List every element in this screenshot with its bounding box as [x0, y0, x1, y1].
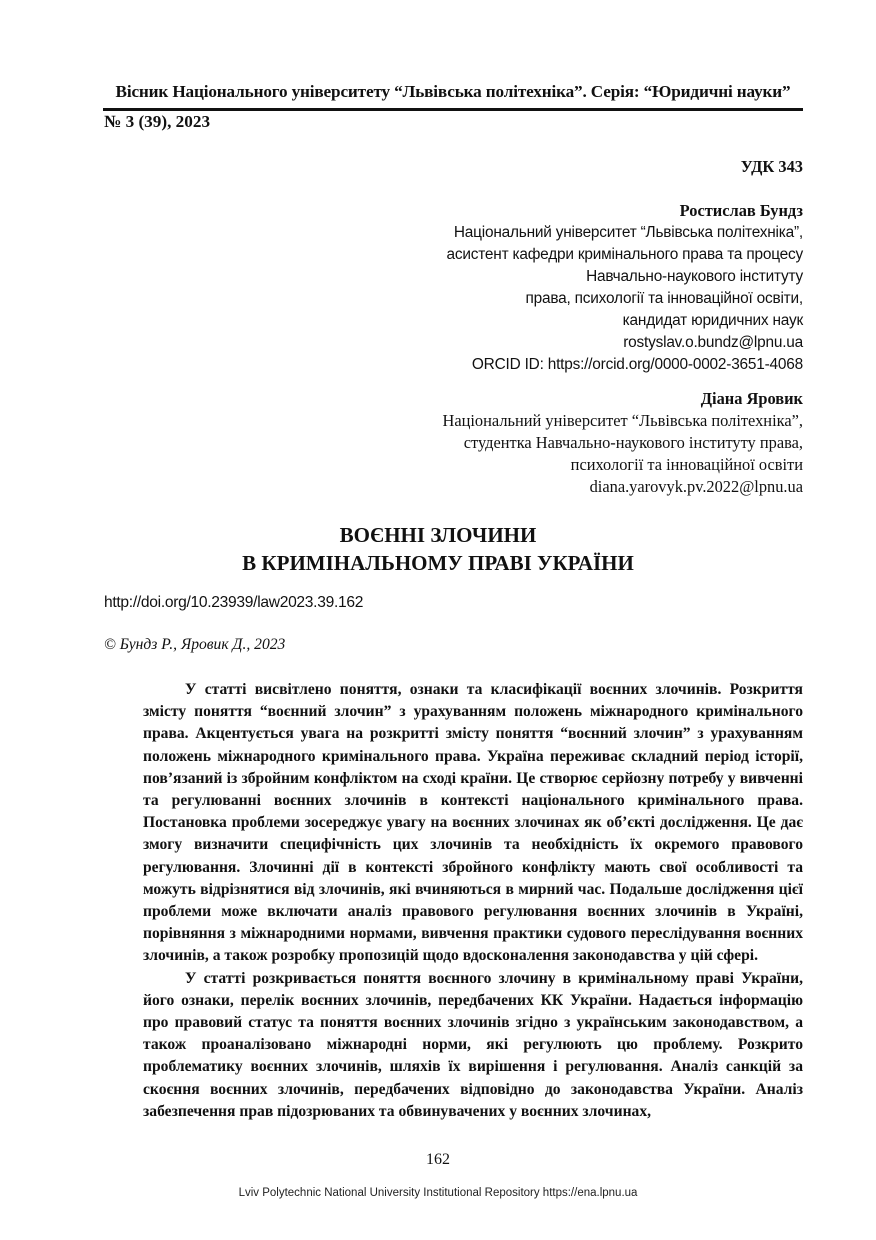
author-name: Діана Яровик — [443, 388, 804, 410]
author-position: студентка Навчально-наукового інституту … — [443, 432, 804, 454]
author-degree: кандидат юридичних наук — [446, 310, 803, 332]
abstract-paragraph-1: У статті висвітлено поняття, ознаки та к… — [143, 679, 803, 968]
author-block-2: Діана Яровик Національний університет “Л… — [443, 388, 804, 498]
title-line-2: В КРИМІНАЛЬНОМУ ПРАВІ УКРАЇНИ — [0, 549, 876, 577]
author-orcid-link[interactable]: ORCID ID: https://orcid.org/0000-0002-36… — [446, 354, 803, 376]
abstract: У статті висвітлено поняття, ознаки та к… — [143, 679, 803, 1123]
author-email[interactable]: diana.yarovyk.pv.2022@lpnu.ua — [443, 476, 804, 498]
author-affiliation: Національний університет “Львівська полі… — [446, 222, 803, 244]
issue-number: № 3 (39), 2023 — [104, 112, 210, 132]
author-email[interactable]: rostyslav.o.bundz@lpnu.ua — [446, 332, 803, 354]
author-institute-cont: психології та інноваційної освіти — [443, 454, 804, 476]
udc-code: УДК 343 — [741, 157, 803, 177]
author-affiliation: Національний університет “Львівська полі… — [443, 410, 804, 432]
article-title: ВОЄННІ ЗЛОЧИНИ В КРИМІНАЛЬНОМУ ПРАВІ УКР… — [0, 521, 876, 577]
author-block-1: Ростислав Бундз Національний університет… — [446, 200, 803, 376]
title-line-1: ВОЄННІ ЗЛОЧИНИ — [0, 521, 876, 549]
repository-footer: Lviv Polytechnic National University Ins… — [0, 1187, 876, 1199]
author-position: асистент кафедри кримінального права та … — [446, 244, 803, 266]
page-number: 162 — [0, 1151, 876, 1169]
abstract-paragraph-2: У статті розкривається поняття воєнного … — [143, 968, 803, 1123]
journal-header: Вісник Національного університету “Львів… — [103, 82, 803, 102]
author-institute-cont: права, психології та інноваційної освіти… — [446, 288, 803, 310]
header-rule — [103, 108, 803, 111]
doi-link[interactable]: http://doi.org/10.23939/law2023.39.162 — [104, 594, 363, 612]
author-institute: Навчально-наукового інституту — [446, 266, 803, 288]
author-name: Ростислав Бундз — [446, 200, 803, 222]
copyright-line: © Бундз Р., Яровик Д., 2023 — [104, 636, 285, 654]
